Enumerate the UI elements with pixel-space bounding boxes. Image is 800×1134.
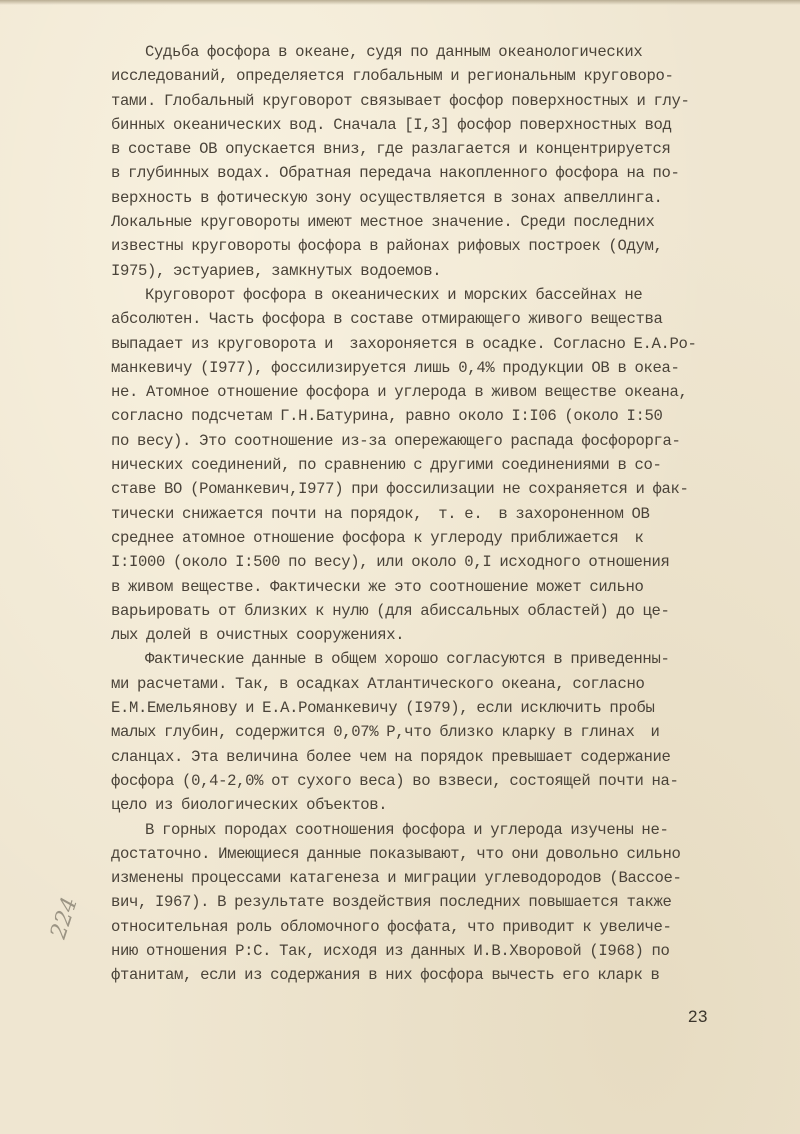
text-line: лых долей в очистных сооружениях. — [111, 623, 731, 647]
text-line: ставе ВО (Романкевич,I977) при фоссилиза… — [111, 477, 731, 501]
text-line: сланцах. Эта величина более чем на поряд… — [111, 745, 731, 769]
text-line: фтанитам, если из содержания в них фосфо… — [111, 963, 731, 987]
text-line: изменены процессами катагенеза и миграци… — [111, 866, 731, 890]
page-edge-shadow — [0, 0, 800, 5]
text-line: I975), эстуариев, замкнутых водоемов. — [111, 259, 731, 283]
text-line: манкевичу (I977), фоссилизируется лишь 0… — [111, 356, 731, 380]
text-line: достаточно. Имеющиеся данные показывают,… — [111, 842, 731, 866]
text-line: среднее атомное отношение фосфора к угле… — [111, 526, 731, 550]
text-line: Локальные круговороты имеют местное знач… — [111, 210, 731, 234]
text-line: согласно подсчетам Г.Н.Батурина, равно о… — [111, 404, 731, 428]
text-line: в живом веществе. Фактически же это соот… — [111, 575, 731, 599]
text-line: вич, I967). В результате воздействия пос… — [111, 890, 731, 914]
text-line: Фактические данные в общем хорошо соглас… — [111, 647, 731, 671]
typewritten-body: Судьба фосфора в океане, судя по данным … — [111, 40, 731, 988]
text-line: малых глубин, содержится 0,07% Р,что бли… — [111, 720, 731, 744]
text-line: Е.М.Емельянову и Е.А.Романкевичу (I979),… — [111, 696, 731, 720]
text-line: нию отношения Р:С. Так, исходя из данных… — [111, 939, 731, 963]
text-line: не. Атомное отношение фосфора и углерода… — [111, 380, 731, 404]
text-line: верхность в фотическую зону осуществляет… — [111, 186, 731, 210]
page-number: 23 — [688, 1007, 708, 1027]
text-line: абсолютен. Часть фосфора в составе отмир… — [111, 307, 731, 331]
text-line: исследований, определяется глобальным и … — [111, 64, 731, 88]
text-line: по весу). Это соотношение из-за опережаю… — [111, 429, 731, 453]
text-line: Круговорот фосфора в океанических и морс… — [111, 283, 731, 307]
text-line: фосфора (0,4-2,0% от сухого веса) во взв… — [111, 769, 731, 793]
text-line: относительная роль обломочного фосфата, … — [111, 915, 731, 939]
text-line: Судьба фосфора в океане, судя по данным … — [111, 40, 731, 64]
text-line: варьировать от близких к нулю (для абисс… — [111, 599, 731, 623]
handwritten-margin-note: 224 — [25, 888, 102, 947]
text-line: В горных породах соотношения фосфора и у… — [111, 818, 731, 842]
text-line: нических соединений, по сравнению с друг… — [111, 453, 731, 477]
text-line: бинных океанических вод. Сначала [I,3] ф… — [111, 113, 731, 137]
text-line: ми расчетами. Так, в осадках Атлантическ… — [111, 672, 731, 696]
document-page: Судьба фосфора в океане, судя по данным … — [0, 0, 800, 1134]
text-line: выпадает из круговорота и захороняется в… — [111, 332, 731, 356]
text-line: в составе ОВ опускается вниз, где разлаг… — [111, 137, 731, 161]
text-line: тически снижается почти на порядок, т. е… — [111, 502, 731, 526]
text-line: известны круговороты фосфора в районах р… — [111, 234, 731, 258]
text-line: в глубинных водах. Обратная передача нак… — [111, 161, 731, 185]
text-line: тами. Глобальный круговорот связывает фо… — [111, 89, 731, 113]
text-line: I:I000 (около I:500 по весу), или около … — [111, 550, 731, 574]
text-line: цело из биологических объектов. — [111, 793, 731, 817]
